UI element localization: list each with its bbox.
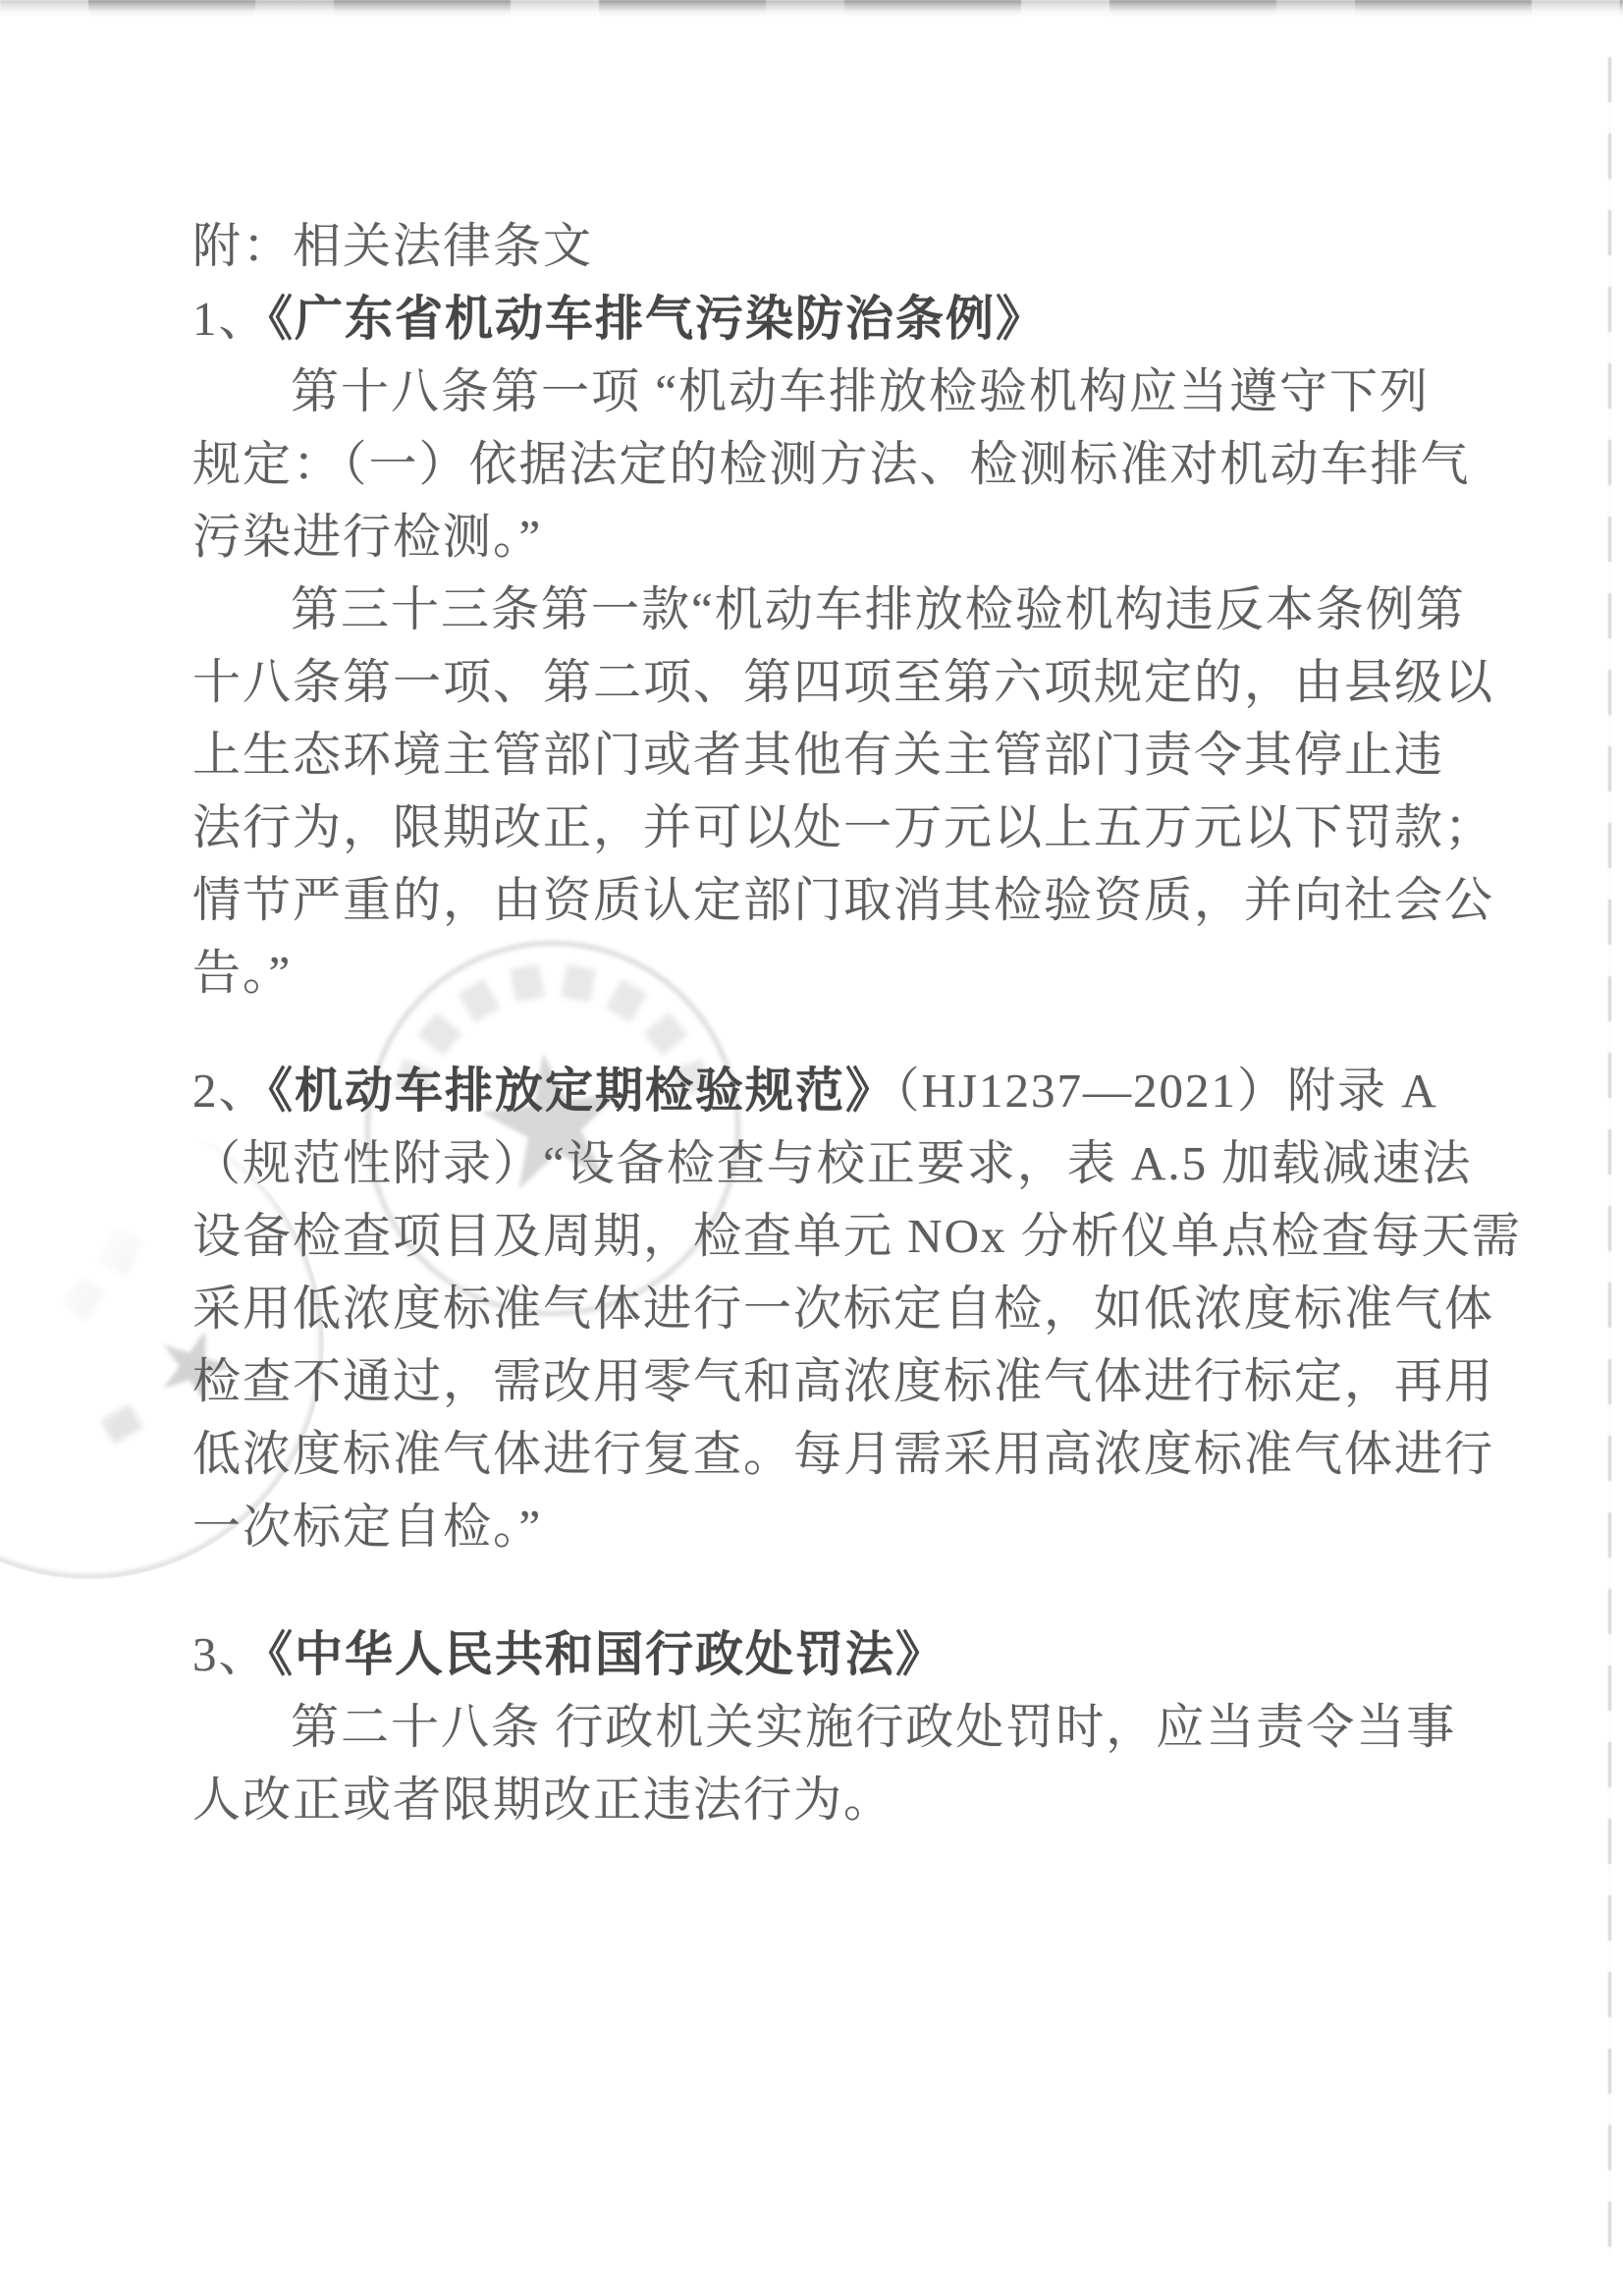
attachment-heading: 附：相关法律条文 xyxy=(192,210,1488,283)
section-heading-line: 2、《机动车排放定期检验规范》（HJ1237—2021）附录 A xyxy=(192,1055,1488,1127)
body-text: 上生态环境主管部门或者其他有关主管部门责令其停止违 xyxy=(192,728,1444,782)
body-text-line: 低浓度标准气体进行复查。每月需采用高浓度标准气体进行 xyxy=(192,1418,1488,1491)
law-title-text: 《机动车排放定期检验规范》 xyxy=(269,1064,896,1118)
body-text: 1、 xyxy=(192,292,269,346)
body-text-line: 采用低浓度标准气体进行一次标定自检，如低浓度标准气体 xyxy=(192,1273,1488,1345)
body-text-line: 十八条第一项、第二项、第四项至第六项规定的，由县级以 xyxy=(192,646,1488,719)
body-text: 十八条第一项、第二项、第四项至第六项规定的，由县级以 xyxy=(192,655,1494,709)
scan-edge-right-artifact xyxy=(1608,57,1611,2257)
body-text: 规定：（一）依据法定的检测方法、检测标准对机动车排气 xyxy=(192,437,1471,491)
body-text-line: 人改正或者限期改正违法行为。 xyxy=(192,1764,1488,1836)
body-text-line: 第三十三条第一款“机动车排放检验机构违反本条例第 xyxy=(192,574,1488,646)
body-text-line: 告。” xyxy=(192,937,1488,1010)
law-section: 3、《中华人民共和国行政处罚法》第二十八条 行政机关实施行政处罚时，应当责令当事… xyxy=(192,1618,1488,1836)
body-text-line: 污染进行检测。” xyxy=(192,501,1488,574)
body-text: 情节严重的，由资质认定部门取消其检验资质，并向社会公 xyxy=(192,873,1494,927)
law-section: 1、《广东省机动车排气污染防治条例》第十八条第一项 “机动车排放检验机构应当遵守… xyxy=(192,283,1488,1010)
section-heading-line: 1、《广东省机动车排气污染防治条例》 xyxy=(192,283,1488,355)
body-text-line: 情节严重的，由资质认定部门取消其检验资质，并向社会公 xyxy=(192,864,1488,937)
body-text: 污染进行检测。” xyxy=(192,510,542,564)
body-text-line: 上生态环境主管部门或者其他有关主管部门责令其停止违 xyxy=(192,719,1488,792)
body-text-line: 第二十八条 行政机关实施行政处罚时，应当责令当事 xyxy=(192,1691,1488,1764)
body-text: 人改正或者限期改正违法行为。 xyxy=(192,1773,893,1827)
body-text: 第二十八条 行政机关实施行政处罚时，应当责令当事 xyxy=(291,1700,1456,1754)
seal-text-mark xyxy=(100,1403,142,1444)
seal-text-mark xyxy=(61,1275,105,1321)
body-text: 采用低浓度标准气体进行一次标定自检，如低浓度标准气体 xyxy=(192,1282,1494,1336)
body-text: 法行为，限期改正，并可以处一万元以上五万元以下罚款； xyxy=(192,800,1494,854)
body-text-line: 规定：（一）依据法定的检测方法、检测标准对机动车排气 xyxy=(192,428,1488,501)
scan-edge-top-artifact xyxy=(0,0,1623,18)
body-text: 第三十三条第一款“机动车排放检验机构违反本条例第 xyxy=(291,582,1466,636)
body-text: 告。” xyxy=(192,946,292,1000)
body-text: 低浓度标准气体进行复查。每月需采用高浓度标准气体进行 xyxy=(192,1427,1494,1481)
body-text: 3、 xyxy=(192,1627,269,1681)
law-title-text: 《中华人民共和国行政处罚法》 xyxy=(269,1627,947,1681)
body-text: 检查不通过，需改用零气和高浓度标准气体进行标定，再用 xyxy=(192,1354,1494,1408)
body-text: 第十八条第一项 “机动车排放检验机构应当遵守下列 xyxy=(291,364,1430,418)
law-section: 2、《机动车排放定期检验规范》（HJ1237—2021）附录 A（规范性附录）“… xyxy=(192,1055,1488,1563)
seal-text-mark xyxy=(96,1226,143,1276)
body-text-line: 法行为，限期改正，并可以处一万元以上五万元以下罚款； xyxy=(192,792,1488,864)
body-text-line: 第十八条第一项 “机动车排放检验机构应当遵守下列 xyxy=(192,355,1488,428)
body-text: 一次标定自检。” xyxy=(192,1500,542,1554)
document-content: 附：相关法律条文 1、《广东省机动车排气污染防治条例》第十八条第一项 “机动车排… xyxy=(192,210,1488,1836)
scanned-document-page: ★ ★ 附：相关法律条文 1、《广东省机动车排气污染防治条例》第十八条第一项 “… xyxy=(0,0,1623,2296)
body-text: （HJ1237—2021）附录 A xyxy=(895,1064,1438,1118)
body-text: （规范性附录）“设备检查与校正要求，表 A.5 加载减速法 xyxy=(192,1136,1472,1190)
body-text-line: 检查不通过，需改用零气和高浓度标准气体进行标定，再用 xyxy=(192,1345,1488,1418)
document-sections: 1、《广东省机动车排气污染防治条例》第十八条第一项 “机动车排放检验机构应当遵守… xyxy=(192,283,1488,1836)
law-title-text: 《广东省机动车排气污染防治条例》 xyxy=(269,292,1047,346)
body-text: 设备检查项目及周期，检查单元 NOx 分析仪单点检查每天需 xyxy=(192,1209,1522,1263)
body-text-line: 一次标定自检。” xyxy=(192,1491,1488,1563)
body-text: 2、 xyxy=(192,1064,269,1118)
body-text-line: 设备检查项目及周期，检查单元 NOx 分析仪单点检查每天需 xyxy=(192,1200,1488,1273)
body-text-line: （规范性附录）“设备检查与校正要求，表 A.5 加载减速法 xyxy=(192,1127,1488,1200)
section-heading-line: 3、《中华人民共和国行政处罚法》 xyxy=(192,1618,1488,1691)
